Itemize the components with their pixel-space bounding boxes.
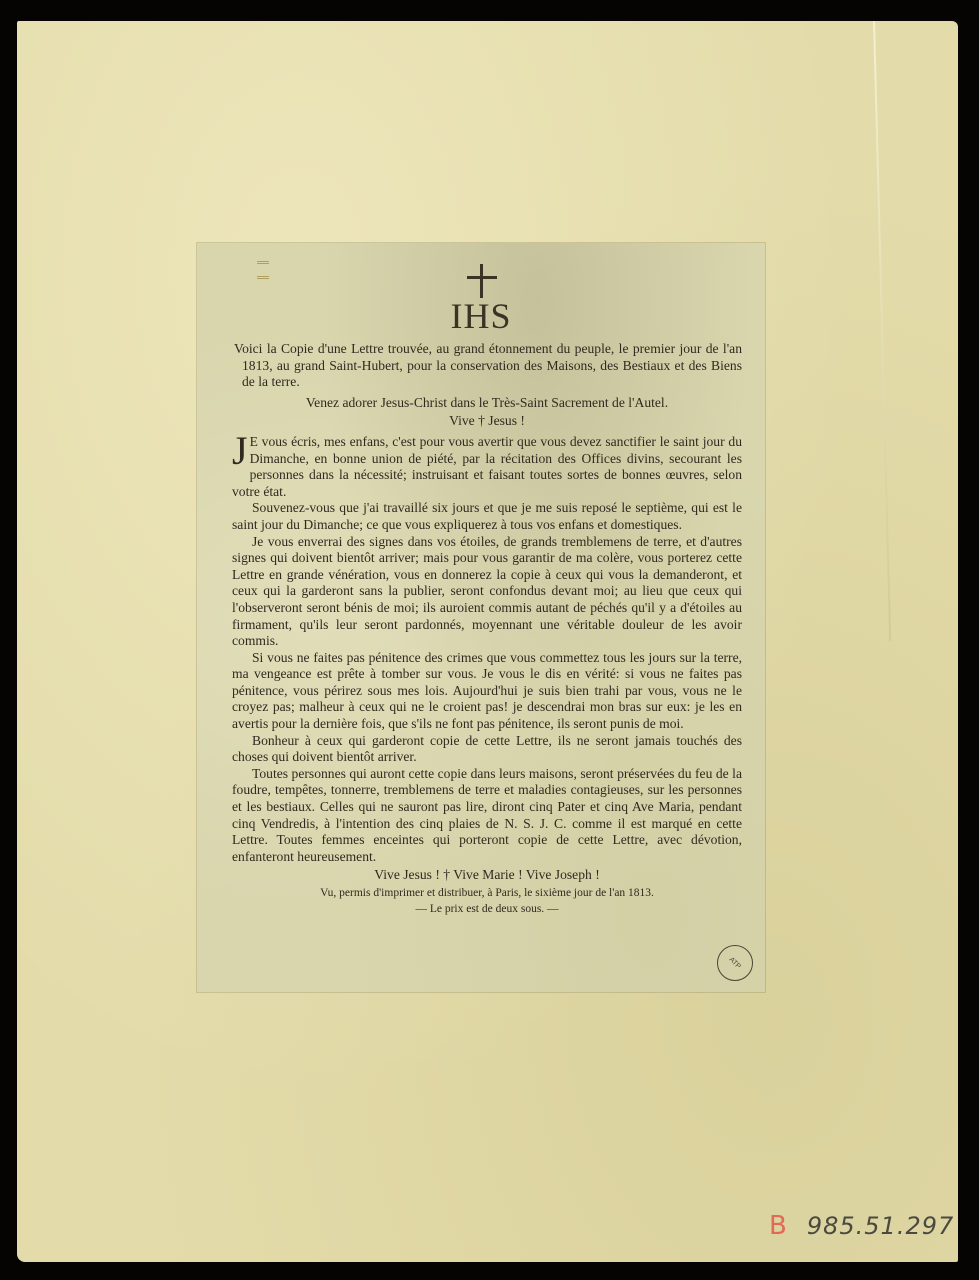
imprimatur-line: Vu, permis d'imprimer et distribuer, à P… bbox=[232, 886, 742, 900]
printed-letter-leaf: IHS Voici la Copie d'une Lettre trouvée,… bbox=[197, 243, 765, 992]
catalog-letter: B bbox=[769, 1211, 787, 1241]
cross-icon bbox=[467, 264, 497, 298]
paragraph: Toutes personnes qui auront cette copie … bbox=[232, 766, 742, 866]
paragraph: Si vous ne faites pas pénitence des crim… bbox=[232, 650, 742, 733]
ihs-monogram: IHS bbox=[197, 295, 765, 337]
drop-cap: J bbox=[232, 434, 248, 468]
paragraph-text: E vous écris, mes enfans, c'est pour vou… bbox=[232, 434, 742, 499]
ink-mark bbox=[257, 261, 269, 279]
paragraph: Bonheur à ceux qui garderont copie de ce… bbox=[232, 733, 742, 766]
letter-body: Voici la Copie d'une Lettre trouvée, au … bbox=[232, 341, 742, 916]
paragraph: Souvenez-vous que j'ai travaillé six jou… bbox=[232, 500, 742, 533]
inventory-number: 985.51.297 bbox=[807, 1212, 954, 1240]
paragraph: Je vous enverrai des signes dans vos éto… bbox=[232, 534, 742, 650]
stamp-text: ATP bbox=[728, 956, 742, 970]
intro-paragraph: Voici la Copie d'une Lettre trouvée, au … bbox=[232, 341, 742, 391]
acclamation-line: Vive † Jesus ! bbox=[232, 413, 742, 430]
collection-stamp: ATP bbox=[710, 938, 761, 989]
catalog-number: B 985.51.297 bbox=[769, 1210, 954, 1242]
first-paragraph: JE vous écris, mes enfans, c'est pour vo… bbox=[232, 434, 742, 500]
closing-acclamation: Vive Jesus ! † Vive Marie ! Vive Joseph … bbox=[232, 867, 742, 884]
price-line: — Le prix est de deux sous. — bbox=[232, 902, 742, 916]
invocation-line: Venez adorer Jesus-Christ dans le Très-S… bbox=[232, 395, 742, 412]
